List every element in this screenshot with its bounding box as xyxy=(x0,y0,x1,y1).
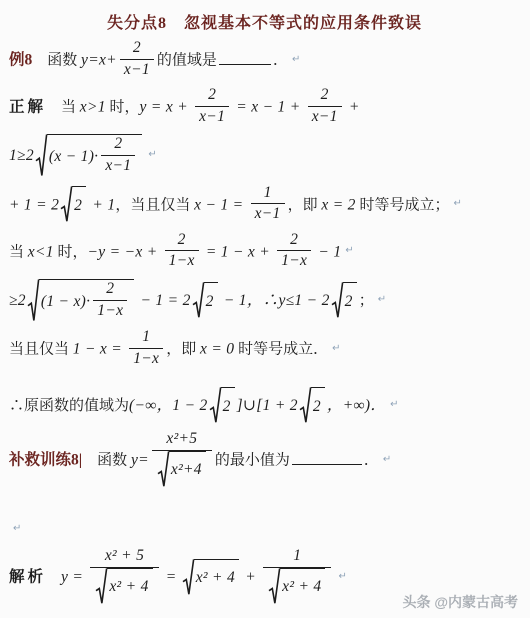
sqrt-content: x² + 4 xyxy=(107,568,152,605)
fraction-denominator: 1−x xyxy=(165,251,199,271)
radical-sign-icon xyxy=(61,186,72,223)
text-run: ，即 xyxy=(166,342,200,358)
math-run: 2 xyxy=(345,291,353,313)
sqrt-radical: 2 xyxy=(210,387,235,424)
math-run: (1 − x)· xyxy=(41,291,90,313)
text-run: 当 xyxy=(46,100,80,116)
text-run: 函数 xyxy=(82,453,131,469)
math-run: 2 xyxy=(133,39,141,56)
radical-sign-icon xyxy=(269,568,280,605)
document-page: 失分点8 忽视基本不等式的应用条件致误 例8 函数 y=x+2x−1的值域是．↵… xyxy=(0,0,530,618)
text-run: 的最小值为 xyxy=(215,453,290,469)
text-run: ； xyxy=(359,293,374,309)
fraction: 2x−1 xyxy=(120,39,154,79)
fraction: 21−x xyxy=(277,231,311,271)
math-run: 1−x xyxy=(169,252,195,269)
text-run: 当 xyxy=(9,244,28,260)
math-run: (−∞，1 − 2 xyxy=(129,397,208,414)
radical-sign-icon xyxy=(36,134,47,177)
fraction: 1x² + 4 xyxy=(263,547,331,605)
fraction-denominator: x−1 xyxy=(120,60,154,80)
section-label: 补救训练8| xyxy=(9,452,82,469)
math-run: x>1 xyxy=(80,99,106,116)
math-run: (x − 1)· xyxy=(49,146,98,168)
fraction-numerator: 1 xyxy=(129,328,163,349)
page-title: 失分点8 忽视基本不等式的应用条件致误 xyxy=(9,10,520,33)
math-run: + xyxy=(345,99,360,116)
math-run: x−1 xyxy=(105,157,131,174)
sqrt-radical: x² + 4 xyxy=(269,568,325,605)
fraction-denominator: x−1 xyxy=(101,156,135,176)
sqrt-content: (1 − x)·21−x xyxy=(39,279,134,322)
blank-line: ↵ xyxy=(9,520,520,542)
doc-lines: 例8 函数 y=x+2x−1的值域是．↵正解 当 x>1 时，y = x + 2… xyxy=(9,41,520,607)
solution-line-1: 正解 当 x>1 时，y = x + 2x−1 = x − 1 + 2x−1 + xyxy=(9,88,520,128)
math-run: 2 xyxy=(223,396,231,418)
sqrt-radical: x² + 4 xyxy=(96,568,152,605)
sqrt-content: 2 xyxy=(221,387,235,424)
fraction-denominator: x−1 xyxy=(251,204,285,224)
section-label: 例8 xyxy=(9,52,32,69)
math-run: 2 xyxy=(206,291,214,313)
example-line: 例8 函数 y=x+2x−1的值域是．↵ xyxy=(9,41,520,81)
math-run: + 1 = 2 xyxy=(9,196,59,213)
math-run: = xyxy=(162,569,181,586)
math-run: 1−x xyxy=(133,350,159,367)
math-run: = 1 − x + xyxy=(202,243,275,260)
math-run: 1−x xyxy=(281,252,307,269)
math-run: x² + 4 xyxy=(109,578,148,597)
solution-line-2: 1≥2(x − 1)·2x−1↵ xyxy=(9,135,520,178)
sqrt-radical: 2 xyxy=(193,282,218,319)
math-run: x−1 xyxy=(199,108,225,125)
math-run: 2 xyxy=(114,135,122,152)
math-run: 2 xyxy=(321,86,329,103)
math-run: + 1 xyxy=(88,196,115,213)
fraction: x²+5x²+4 xyxy=(152,430,212,488)
sqrt-radical: (1 − x)·21−x xyxy=(28,279,134,322)
fraction: 21−x xyxy=(165,231,199,271)
radical-sign-icon xyxy=(28,279,39,322)
math-run: x² + 5 xyxy=(105,547,144,564)
math-run: x−1 xyxy=(255,205,281,222)
radical-sign-icon xyxy=(96,568,107,605)
paragraph-mark-icon: ↵ xyxy=(292,54,300,65)
radical-sign-icon xyxy=(158,451,169,488)
conclusion-line: ∴原函数的值域为(−∞，1 − 22]∪[1 + 22，+∞)．↵ xyxy=(9,388,520,425)
text-run: ，当且仅当 xyxy=(115,197,194,213)
sqrt-content: 2 xyxy=(204,282,218,319)
fraction-denominator: x² + 4 xyxy=(90,568,158,606)
math-run: y = xyxy=(61,569,87,586)
math-run: x = 2 xyxy=(321,196,355,213)
fraction-numerator: 2 xyxy=(277,231,311,252)
fraction: 11−x xyxy=(129,328,163,368)
sqrt-radical: x²+4 xyxy=(158,451,206,488)
radical-sign-icon xyxy=(210,387,221,424)
math-run: x²+5 xyxy=(166,430,197,447)
sqrt-radical: 2 xyxy=(61,186,86,223)
paragraph-mark-icon: ↵ xyxy=(148,149,156,160)
fraction-numerator: 2 xyxy=(308,86,342,107)
solution-line-5: ≥2(1 − x)·21−x − 1 = 22 − 1，∴y≤1 − 22；↵ xyxy=(9,280,520,323)
math-run: ，+∞)． xyxy=(327,397,386,414)
text-run: 当且仅当 xyxy=(9,342,73,358)
fraction-denominator: x−1 xyxy=(308,107,342,127)
fraction-denominator: x² + 4 xyxy=(263,568,331,606)
bold-label: 正解 xyxy=(9,99,46,116)
text-run: ∴原函数的值域为 xyxy=(9,398,129,414)
math-run: 1 xyxy=(142,328,150,345)
text-run xyxy=(46,570,61,586)
sqrt-content: 2 xyxy=(343,282,357,319)
math-run: y= xyxy=(131,452,149,469)
paragraph-mark-icon: ↵ xyxy=(453,198,461,209)
sqrt-content: x²+4 xyxy=(169,451,206,488)
fraction-numerator: 1 xyxy=(263,547,331,568)
radical-sign-icon xyxy=(332,282,343,319)
paragraph-mark-icon: ↵ xyxy=(338,571,346,582)
fraction-denominator: x²+4 xyxy=(152,451,212,489)
fraction-denominator: 1−x xyxy=(129,349,163,369)
sqrt-content: 2 xyxy=(311,387,325,424)
solution-line-4: 当 x<1 时，−y = −x + 21−x = 1 − x + 21−x − … xyxy=(9,233,520,273)
paragraph-mark-icon: ↵ xyxy=(332,343,340,354)
math-run: 1 xyxy=(293,547,301,564)
paragraph-mark-icon: ↵ xyxy=(383,454,391,465)
fraction: 2x−1 xyxy=(308,86,342,126)
math-run: x² + 4 xyxy=(282,578,321,597)
practice-line: 补救训练8| 函数 y=x²+5x²+4的最小值为．↵ xyxy=(9,432,520,490)
text-run: 时等号成立． xyxy=(234,342,328,358)
fraction-denominator: 1−x xyxy=(93,301,127,321)
watermark: 头条 @内蒙古高考 xyxy=(402,592,518,612)
sqrt-radical: 2 xyxy=(300,387,325,424)
sqrt-content: (x − 1)·2x−1 xyxy=(47,134,142,177)
math-run: 2 xyxy=(178,231,186,248)
fraction: 1x−1 xyxy=(251,184,285,224)
math-run: 1 − x = xyxy=(73,341,126,358)
fraction-numerator: 1 xyxy=(251,184,285,205)
text-run: 时， xyxy=(106,100,140,116)
bold-label: 解析 xyxy=(9,569,46,586)
paragraph-mark-icon: ↵ xyxy=(378,294,386,305)
sqrt-radical: x² + 4 xyxy=(183,559,239,596)
math-run: x<1 xyxy=(28,243,54,260)
fraction-numerator: 2 xyxy=(120,39,154,60)
sqrt-radical: 2 xyxy=(332,282,357,319)
fraction-numerator: 2 xyxy=(195,86,229,107)
math-run: 2 xyxy=(290,231,298,248)
paragraph-mark-icon: ↵ xyxy=(345,245,353,256)
text-run: 的值域是 xyxy=(157,53,217,69)
math-run: − 1 = 2 xyxy=(136,292,190,309)
sqrt-radical: (x − 1)·2x−1 xyxy=(36,134,142,177)
fraction-numerator: x²+5 xyxy=(152,430,212,451)
fraction-denominator: x−1 xyxy=(195,107,229,127)
text-run: ． xyxy=(273,53,288,69)
math-run: x−1 xyxy=(124,61,150,78)
math-run: y = x + xyxy=(140,99,193,116)
math-run: 2 xyxy=(208,86,216,103)
text-run: ，即 xyxy=(288,197,322,213)
math-run: x−1 xyxy=(312,108,338,125)
math-run: − 1，∴y≤1 − 2 xyxy=(220,292,330,309)
solution-line-6: 当且仅当 1 − x = 11−x，即 x = 0 时等号成立．↵ xyxy=(9,330,520,370)
paragraph-mark-icon: ↵ xyxy=(13,523,21,534)
math-run: x²+4 xyxy=(171,461,202,480)
math-run: −y = −x + xyxy=(88,243,162,260)
text-run: 函数 xyxy=(32,53,81,69)
fraction: 2x−1 xyxy=(101,135,135,175)
sqrt-content: 2 xyxy=(72,186,86,223)
math-run: x = 0 xyxy=(200,341,234,358)
sqrt-content: x² + 4 xyxy=(194,559,239,596)
math-run: ]∪[1 + 2 xyxy=(237,397,298,414)
fraction-denominator: 1−x xyxy=(277,251,311,271)
math-run: = x − 1 + xyxy=(232,99,305,116)
fraction-numerator: 2 xyxy=(165,231,199,252)
radical-sign-icon xyxy=(193,282,204,319)
solution-line-3: + 1 = 22 + 1，当且仅当 x − 1 = 1x−1，即 x = 2 时… xyxy=(9,186,520,226)
fraction-numerator: x² + 5 xyxy=(90,547,158,568)
math-run: 1 xyxy=(264,184,272,201)
text-run: 时等号成立； xyxy=(356,197,450,213)
fraction: 21−x xyxy=(93,280,127,320)
blank-underline xyxy=(292,451,362,465)
fraction: 2x−1 xyxy=(195,86,229,126)
fraction: x² + 5x² + 4 xyxy=(90,547,158,605)
math-run: y=x+ xyxy=(81,52,117,69)
text-run: 时， xyxy=(54,244,88,260)
math-run: 2 xyxy=(74,195,82,217)
math-run: 1≥2 xyxy=(9,147,34,164)
math-run: − 1 xyxy=(314,243,341,260)
fraction-numerator: 2 xyxy=(101,135,135,156)
fraction-numerator: 2 xyxy=(93,280,127,301)
paragraph-mark-icon: ↵ xyxy=(390,399,398,410)
math-run: ≥2 xyxy=(9,292,26,309)
math-run: x² + 4 xyxy=(196,567,235,589)
text-run: ． xyxy=(364,453,379,469)
sqrt-content: x² + 4 xyxy=(280,568,325,605)
math-run: 2 xyxy=(106,280,114,297)
radical-sign-icon xyxy=(300,387,311,424)
radical-sign-icon xyxy=(183,559,194,596)
math-run: 1−x xyxy=(97,302,123,319)
math-run: x − 1 = xyxy=(194,196,247,213)
blank-underline xyxy=(219,51,271,65)
math-run: + xyxy=(241,569,260,586)
math-run: 2 xyxy=(313,396,321,418)
